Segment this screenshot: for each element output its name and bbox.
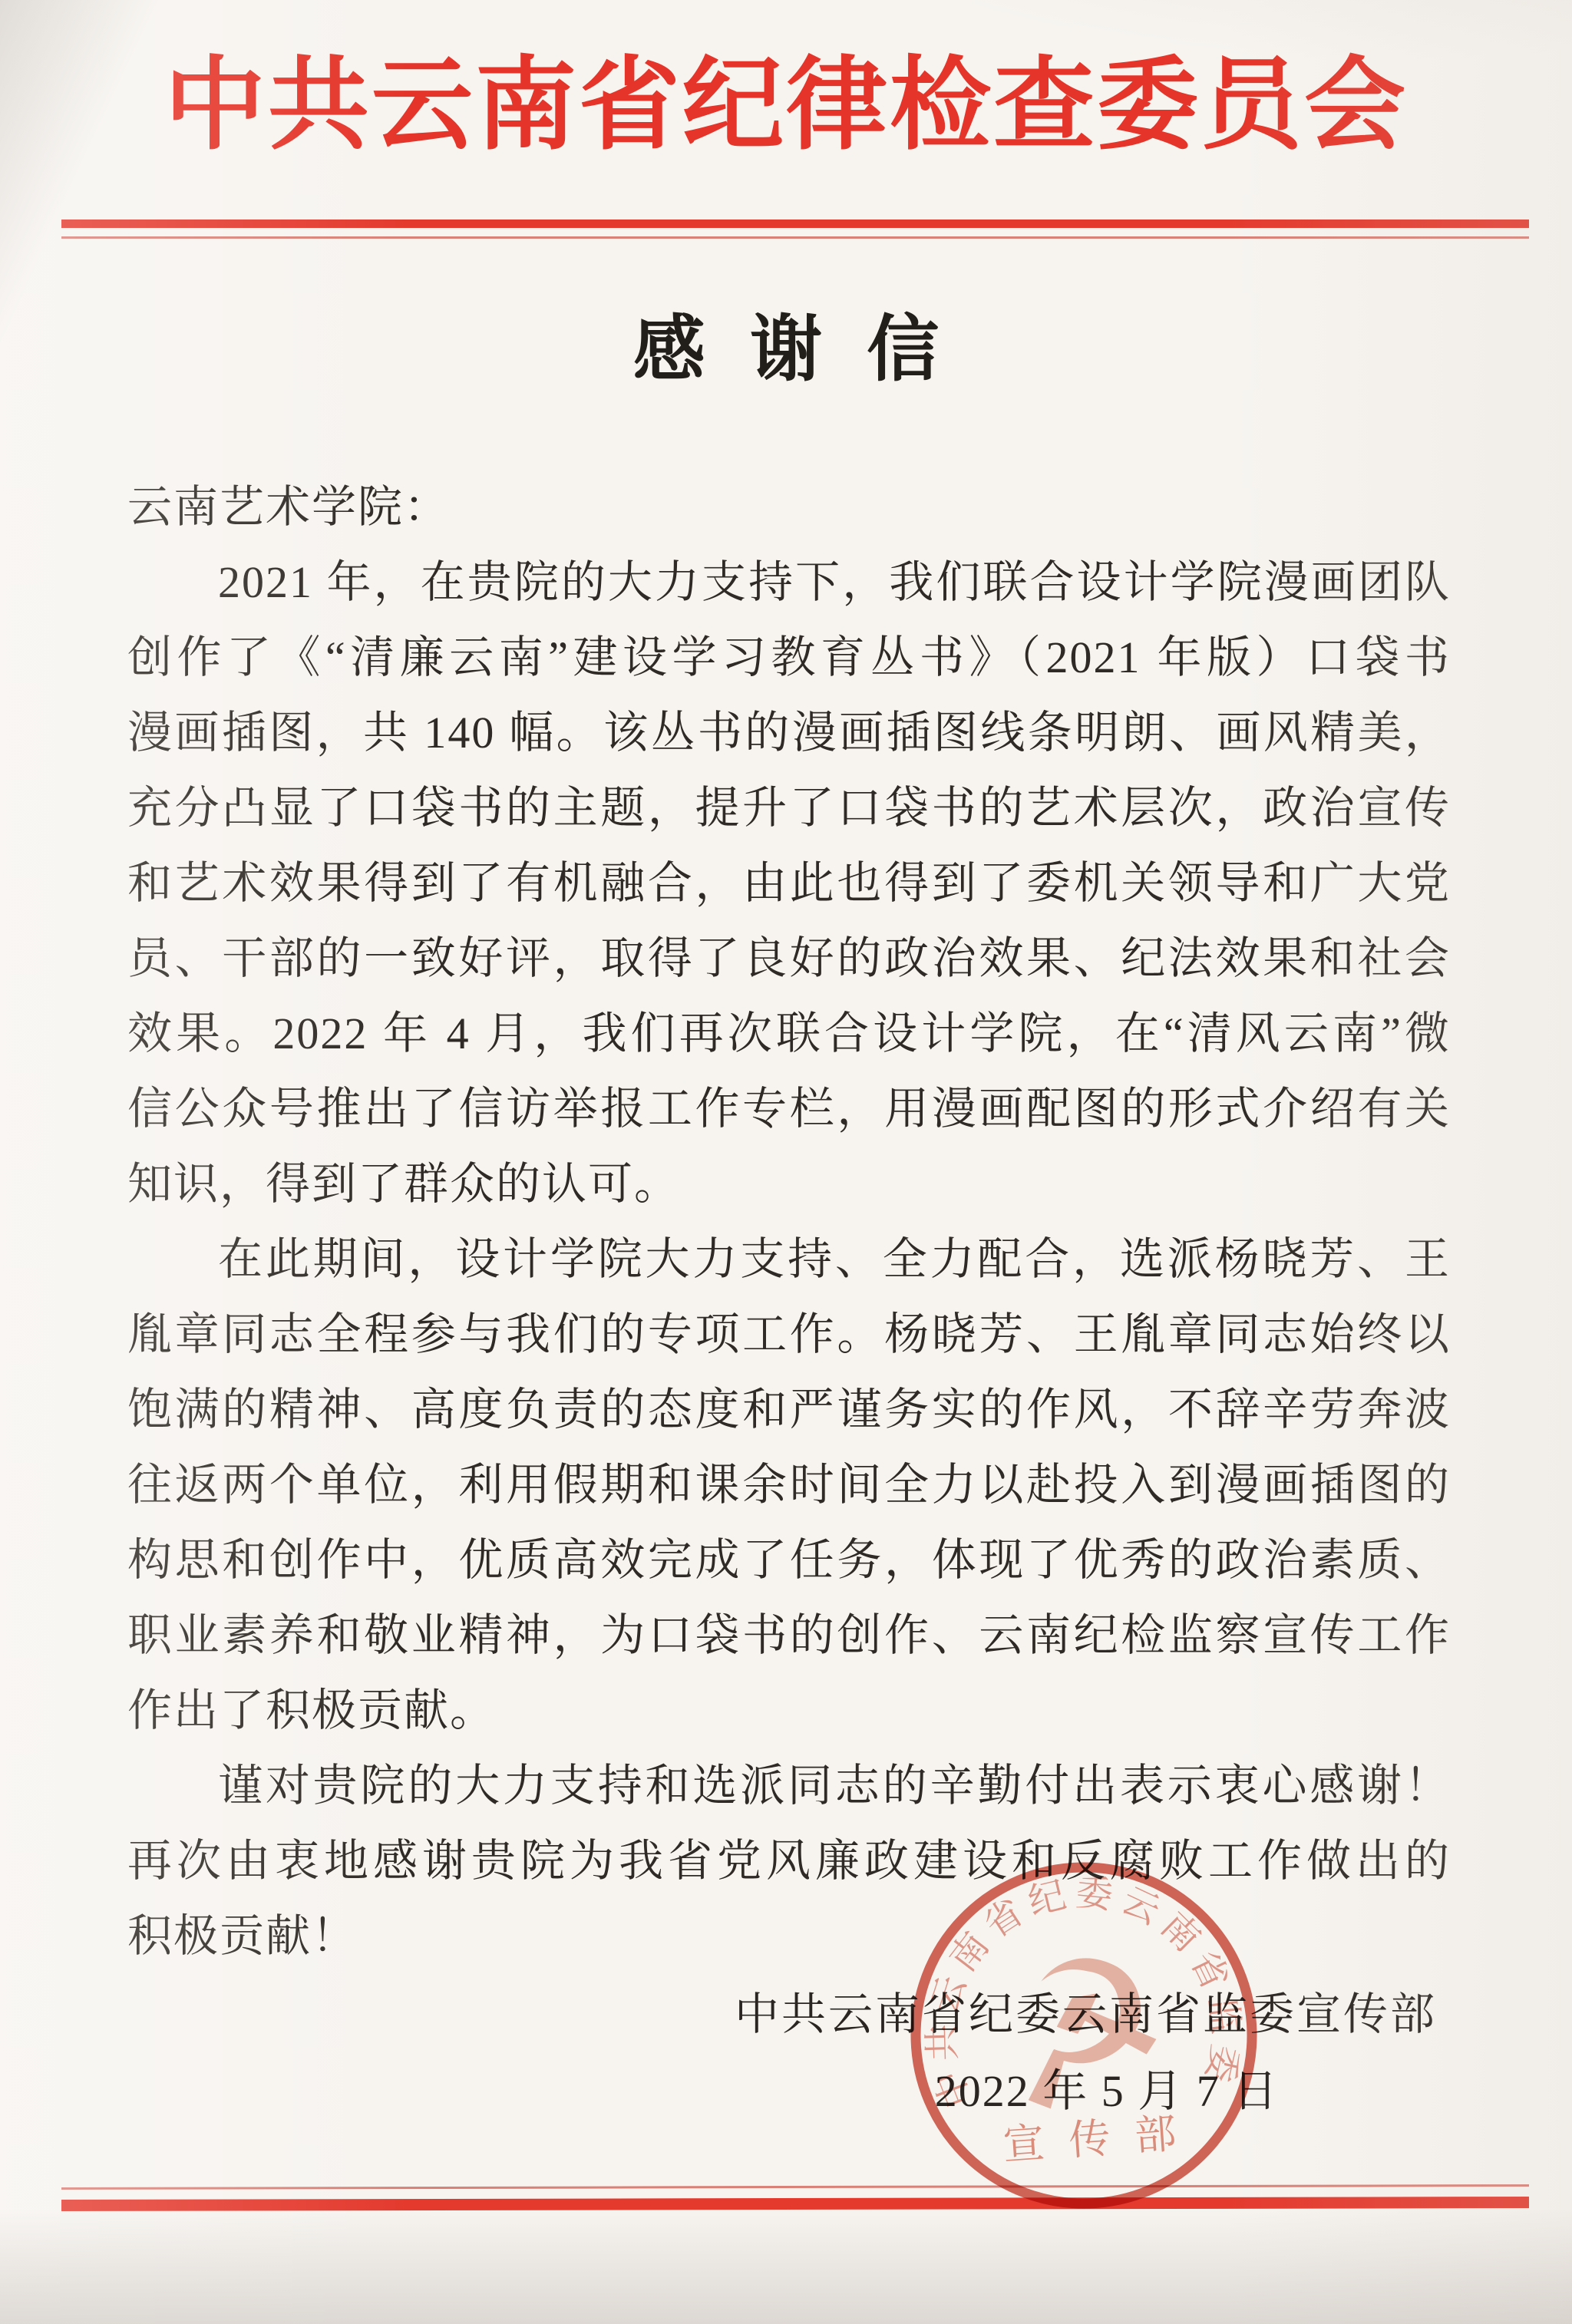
body-line: 效果。2022 年 4 月，我们再次联合设计学院，在“清风云南”微 xyxy=(127,996,1451,1071)
body-text: 云南艺术学院： 2021 年，在贵院的大力支持下，我们联合设计学院漫画团队创作了… xyxy=(127,470,1451,1974)
body-line: 2021 年，在贵院的大力支持下，我们联合设计学院漫画团队 xyxy=(127,545,1451,620)
body-line: 充分凸显了口袋书的主题，提升了口袋书的艺术层次，政治宣传 xyxy=(127,771,1451,846)
footer-rule-thick xyxy=(61,2197,1529,2211)
body-line: 员、干部的一致好评，取得了良好的政治效果、纪法效果和社会 xyxy=(127,921,1451,996)
body-line: 职业素养和敬业精神，为口袋书的创作、云南纪检监察宣传工作 xyxy=(127,1598,1451,1673)
letterhead-org-name: 中共云南省纪律检查委员会 xyxy=(0,43,1572,169)
body-line: 往返两个单位，利用假期和课余时间全力以赴投入到漫画插图的 xyxy=(127,1448,1451,1523)
body-line: 漫画插图，共 140 幅。该丛书的漫画插图线条明朗、画风精美， xyxy=(127,695,1451,771)
body-line: 谨对贵院的大力支持和选派同志的辛勤付出表示衷心感谢！ xyxy=(127,1748,1451,1824)
footer-rule-thin xyxy=(61,2184,1529,2190)
body-line: 饱满的精神、高度负责的态度和严谨务实的作风，不辞辛劳奔波 xyxy=(127,1372,1451,1448)
header-rule-thick xyxy=(61,220,1529,228)
document-title: 感谢信 xyxy=(0,304,1572,396)
body-line: 创作了《“清廉云南”建设学习教育丛书》（2021 年版）口袋书 xyxy=(127,620,1451,695)
body-line: 和艺术效果得到了有机融合，由此也得到了委机关领导和广大党 xyxy=(127,846,1451,921)
body-line: 知识，得到了群众的认可。 xyxy=(127,1147,1451,1222)
body-line: 信公众号推出了信访举报工作专栏，用漫画配图的形式介绍有关 xyxy=(127,1071,1451,1147)
salutation: 云南艺术学院： xyxy=(127,470,1451,545)
header-rule-thin xyxy=(61,236,1529,239)
body-line: 在此期间，设计学院大力支持、全力配合，选派杨晓芳、王 xyxy=(127,1222,1451,1297)
body-line: 胤章同志全程参与我们的专项工作。杨晓芳、王胤章同志始终以 xyxy=(127,1297,1451,1372)
body-line: 作出了积极贡献。 xyxy=(127,1673,1451,1748)
official-seal: 中共云南省纪委云南省监委 ☭ 宣传部 xyxy=(890,1842,1277,2229)
body-line: 构思和创作中，优质高效完成了任务，体现了优秀的政治素质、 xyxy=(127,1523,1451,1598)
scanned-letter-page: 中共云南省纪律检查委员会 感谢信 云南艺术学院： 2021 年，在贵院的大力支持… xyxy=(0,0,1572,2324)
